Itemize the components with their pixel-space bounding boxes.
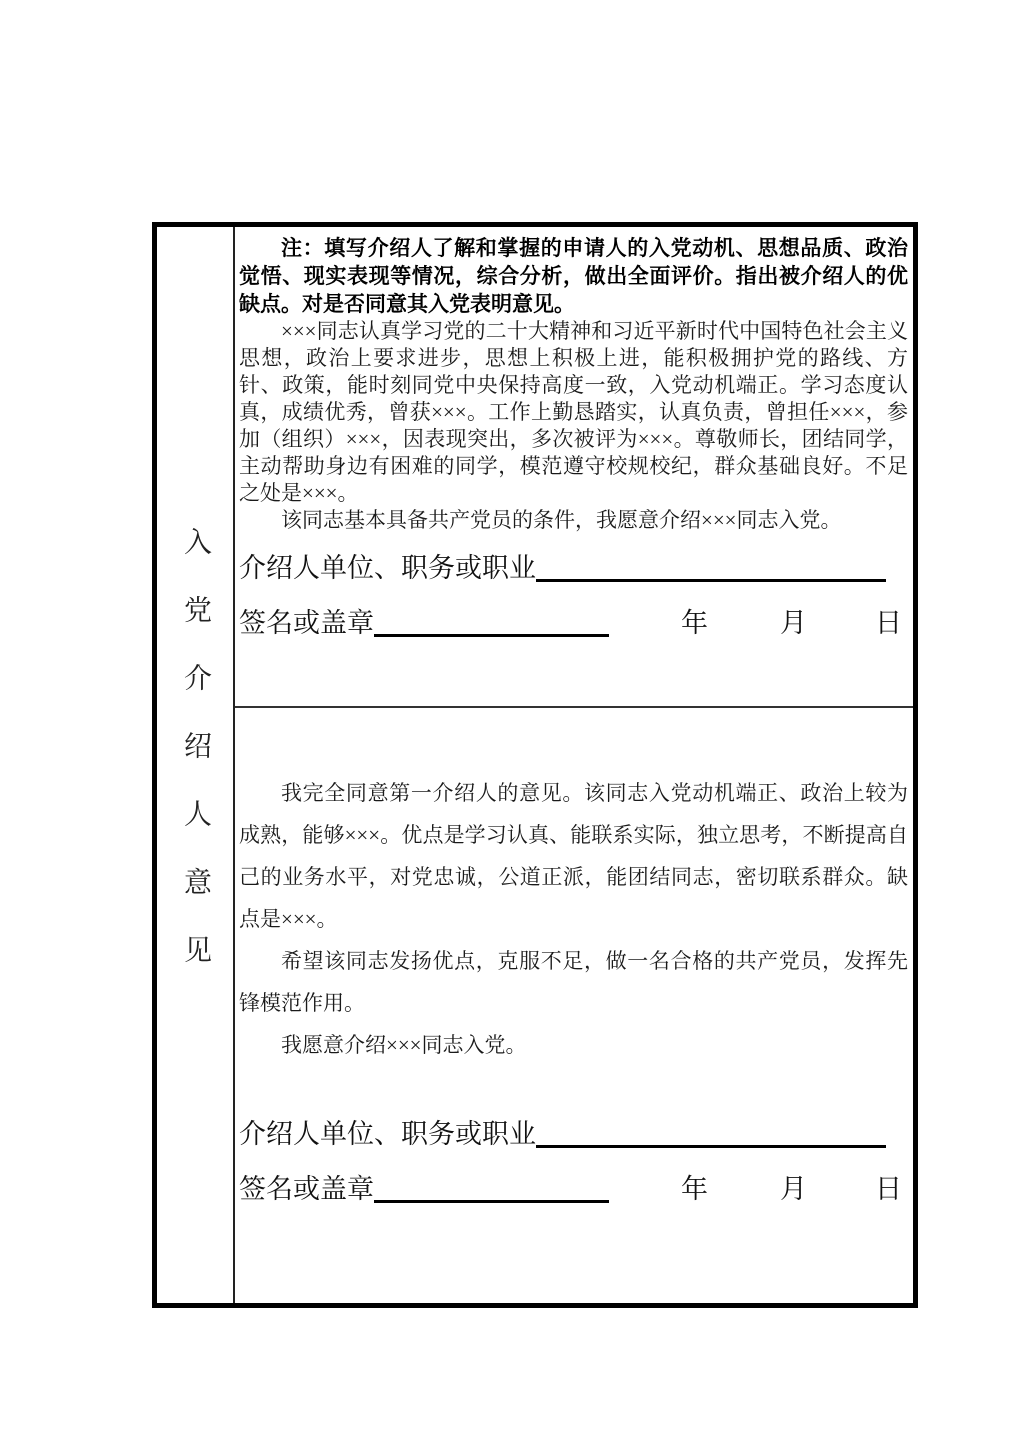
unit-signature-row: 介绍人单位、职务或职业 (239, 1112, 908, 1151)
second-introducer-intro-paragraph: 我愿意介绍×××同志入党。 (239, 1024, 908, 1066)
day-label: 日 (875, 608, 902, 638)
content-column: 注：填写介绍人了解和掌握的申请人的入党动机、思想品质、政治觉悟、现实表现等情况，… (235, 227, 913, 1303)
sign-label: 签名或盖章 (239, 608, 374, 638)
month-label: 月 (780, 1174, 807, 1204)
year-label: 年 (681, 608, 708, 638)
unit-label: 介绍人单位、职务或职业 (239, 1119, 536, 1149)
second-introducer-hope-paragraph: 希望该同志发扬优点，克服不足，做一名合格的共产党员，发挥先锋模范作用。 (239, 940, 908, 1024)
sign-fill-in-line[interactable] (374, 610, 609, 637)
row-label-vertical-text: 入党介绍人意见 (181, 527, 209, 1303)
first-introducer-opinion-paragraph: ×××同志认真学习党的二十大精神和习近平新时代中国特色社会主义思想，政治上要求进… (239, 318, 908, 507)
sign-label: 签名或盖章 (239, 1174, 374, 1204)
day-label: 日 (875, 1174, 902, 1204)
month-label: 月 (780, 608, 807, 638)
row-label-column: 入党介绍人意见 (157, 227, 235, 1303)
sign-date-row: 签名或盖章年月日 (239, 1167, 908, 1206)
unit-fill-in-line[interactable] (536, 555, 886, 582)
note-paragraph: 注：填写介绍人了解和掌握的申请人的入党动机、思想品质、政治觉悟、现实表现等情况，… (239, 234, 908, 318)
page: { "form": { "row_label": "入党介绍人意见", "col… (0, 0, 1024, 1447)
second-introducer-cell: 我完全同意第一介绍人的意见。该同志入党动机端正、政治上较为成熟，能够×××。优点… (235, 708, 913, 1303)
second-introducer-agree-paragraph: 我完全同意第一介绍人的意见。该同志入党动机端正、政治上较为成熟，能够×××。优点… (239, 772, 908, 940)
sign-fill-in-line[interactable] (374, 1176, 609, 1203)
unit-fill-in-line[interactable] (536, 1121, 886, 1148)
introducer-opinion-table: 入党介绍人意见 注：填写介绍人了解和掌握的申请人的入党动机、思想品质、政治觉悟、… (152, 222, 918, 1308)
sign-date-row: 签名或盖章年月日 (239, 601, 908, 640)
unit-signature-row: 介绍人单位、职务或职业 (239, 546, 908, 585)
first-introducer-conclusion-paragraph: 该同志基本具备共产党员的条件，我愿意介绍×××同志入党。 (239, 507, 908, 534)
unit-label: 介绍人单位、职务或职业 (239, 553, 536, 583)
year-label: 年 (681, 1174, 708, 1204)
first-introducer-cell: 注：填写介绍人了解和掌握的申请人的入党动机、思想品质、政治觉悟、现实表现等情况，… (235, 227, 913, 708)
